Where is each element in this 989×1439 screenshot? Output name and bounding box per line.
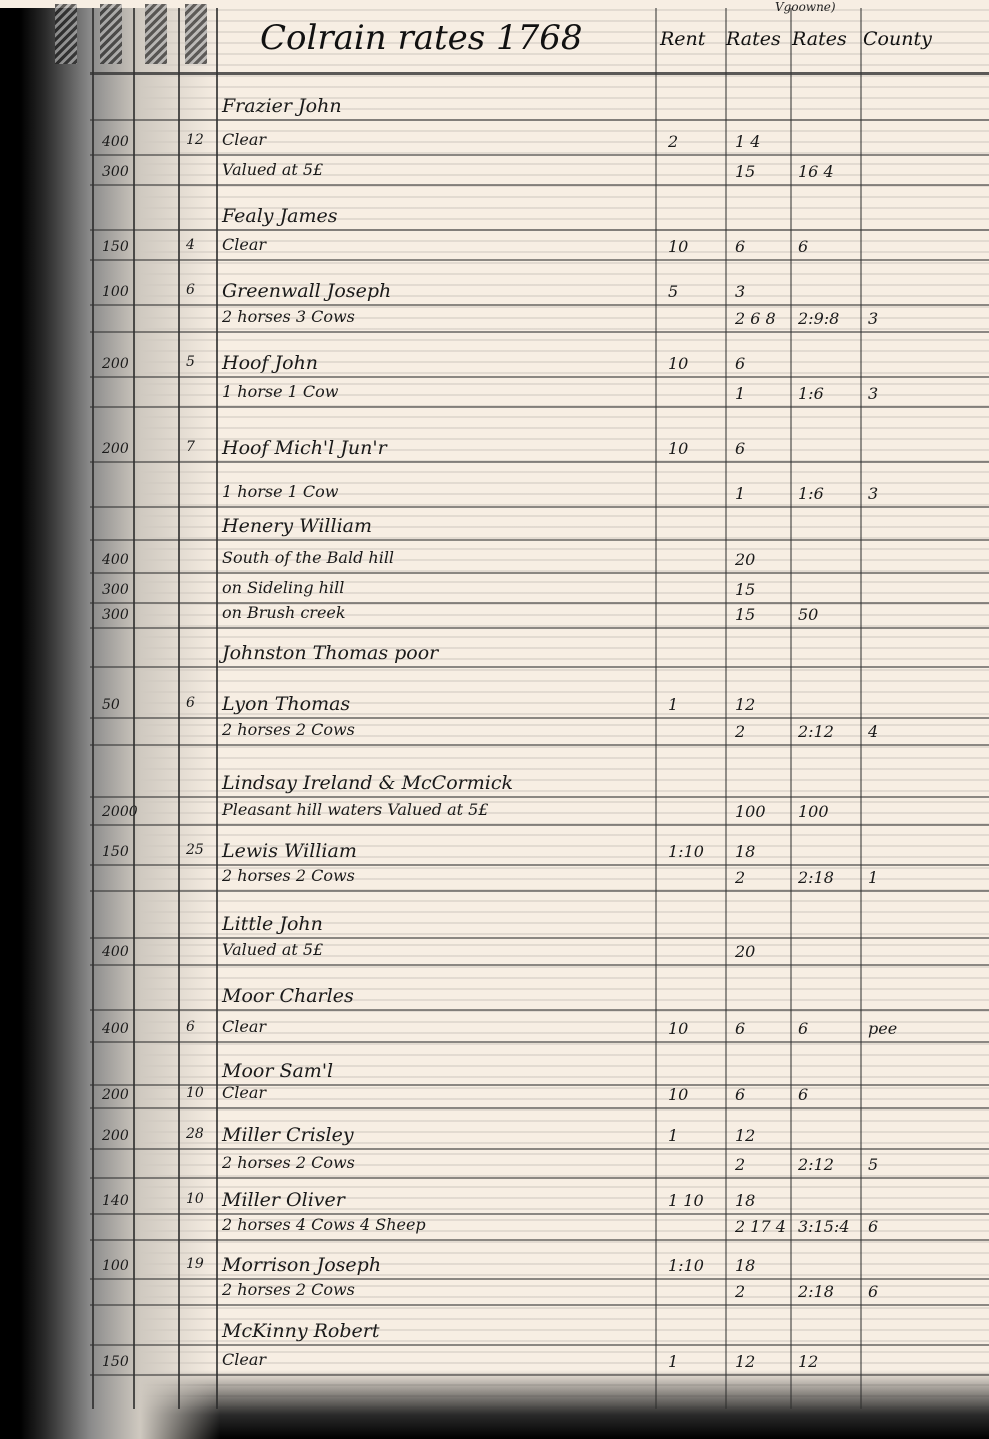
entry-number: 19 xyxy=(186,1256,204,1272)
county-value: 3 xyxy=(868,384,878,403)
row-rule xyxy=(90,937,989,939)
row-rule xyxy=(90,1148,989,1150)
rates-value: 1 xyxy=(735,384,745,403)
header-rates-2: Rates xyxy=(792,28,847,50)
county-value: 3 xyxy=(868,484,878,503)
entry-number: 10 xyxy=(186,1191,204,1207)
rates-value: 20 xyxy=(735,550,755,569)
row-rule xyxy=(90,824,989,826)
column-rule xyxy=(133,8,135,1409)
property-description: 1 horse 1 Cow xyxy=(222,482,338,501)
rates2-value: 100 xyxy=(798,802,829,821)
taxpayer-name: Greenwall Joseph xyxy=(222,280,391,302)
row-rule xyxy=(90,717,989,719)
row-rule xyxy=(90,506,989,508)
rent-value: 1 10 xyxy=(668,1191,704,1210)
page-title: Colrain rates 1768 xyxy=(260,18,583,58)
acres-value: 100 xyxy=(102,284,129,300)
acres-value: 300 xyxy=(102,582,129,598)
rates-value: 12 xyxy=(735,695,755,714)
entry-number: 7 xyxy=(186,439,195,455)
row-rule xyxy=(90,744,989,746)
rates-value: 15 xyxy=(735,162,755,181)
row-rule xyxy=(90,259,989,261)
row-rule xyxy=(90,461,989,463)
rotated-header-4 xyxy=(185,4,207,64)
row-rule xyxy=(90,627,989,629)
property-description: Clear xyxy=(222,235,266,254)
row-rule xyxy=(90,1041,989,1043)
rotated-header-2 xyxy=(100,4,122,64)
rates2-value: 1:6 xyxy=(798,484,824,503)
rent-value: 1 xyxy=(668,1352,678,1371)
rates-value: 3 xyxy=(735,282,745,301)
rates2-value: 50 xyxy=(798,605,818,624)
row-rule xyxy=(90,796,989,798)
entry-number: 6 xyxy=(186,695,195,711)
taxpayer-name: Hoof Mich'l Jun'r xyxy=(222,437,387,459)
header-rent: Rent xyxy=(660,28,705,50)
county-value: 5 xyxy=(868,1155,878,1174)
taxpayer-name: Morrison Joseph xyxy=(222,1254,381,1276)
rates2-value: 2:12 xyxy=(798,722,834,741)
property-description: 2 horses 2 Cows xyxy=(222,720,355,739)
row-rule xyxy=(90,964,989,966)
rates-value: 2 6 8 xyxy=(735,309,776,328)
taxpayer-name: Fealy James xyxy=(222,205,338,227)
column-rule xyxy=(655,8,657,1409)
property-description: Pleasant hill waters Valued at 5£ xyxy=(222,800,489,819)
row-rule xyxy=(90,229,989,231)
taxpayer-name: Moor Charles xyxy=(222,985,354,1007)
taxpayer-name: Moor Sam'l xyxy=(222,1060,333,1082)
property-description: Clear xyxy=(222,1350,266,1369)
property-description: 2 horses 2 Cows xyxy=(222,866,355,885)
rates-value: 15 xyxy=(735,580,755,599)
rates-value: 6 xyxy=(735,439,745,458)
rotated-header-3 xyxy=(145,4,167,64)
entry-number: 6 xyxy=(186,1019,195,1035)
acres-value: 300 xyxy=(102,164,129,180)
rates-value: 100 xyxy=(735,802,766,821)
entry-number: 25 xyxy=(186,842,204,858)
rates-value: 1 4 xyxy=(735,132,760,151)
taxpayer-name: Lyon Thomas xyxy=(222,693,350,715)
column-rule xyxy=(790,8,792,1409)
taxpayer-name: Frazier John xyxy=(222,95,342,117)
rates-value: 18 xyxy=(735,1256,755,1275)
rent-value: 10 xyxy=(668,354,688,373)
taxpayer-name: Henery William xyxy=(222,515,372,537)
acres-value: 200 xyxy=(102,1128,129,1144)
rates-value: 12 xyxy=(735,1126,755,1145)
rates-value: 6 xyxy=(735,237,745,256)
property-description: 2 horses 2 Cows xyxy=(222,1280,355,1299)
rent-value: 10 xyxy=(668,237,688,256)
row-rule xyxy=(90,406,989,408)
rent-value: 10 xyxy=(668,1019,688,1038)
property-description: Clear xyxy=(222,130,266,149)
acres-value: 140 xyxy=(102,1193,129,1209)
rent-value: 5 xyxy=(668,282,678,301)
row-rule xyxy=(90,890,989,892)
property-description: 2 horses 2 Cows xyxy=(222,1153,355,1172)
header-rates: Rates xyxy=(726,28,781,50)
entry-number: 12 xyxy=(186,132,204,148)
acres-value: 200 xyxy=(102,441,129,457)
entry-number: 28 xyxy=(186,1126,204,1142)
rates-value: 1 xyxy=(735,484,745,503)
acres-value: 150 xyxy=(102,844,129,860)
rates2-value: 6 xyxy=(798,237,808,256)
entry-number: 10 xyxy=(186,1085,204,1101)
rates2-value: 2:9:8 xyxy=(798,309,839,328)
property-description: Clear xyxy=(222,1083,266,1102)
property-description: on Sideling hill xyxy=(222,578,344,597)
acres-value: 2000 xyxy=(102,804,138,820)
rates2-value: 16 4 xyxy=(798,162,834,181)
column-rule xyxy=(860,8,862,1409)
rent-value: 10 xyxy=(668,439,688,458)
taxpayer-name: McKinny Robert xyxy=(222,1320,379,1342)
property-description: Valued at 5£ xyxy=(222,940,323,959)
county-value: 4 xyxy=(868,722,878,741)
rates-value: 12 xyxy=(735,1352,755,1371)
row-rule xyxy=(90,1107,989,1109)
taxpayer-name: Lindsay Ireland & McCormick xyxy=(222,772,513,794)
taxpayer-name: Lewis William xyxy=(222,840,357,862)
acres-value: 400 xyxy=(102,1021,129,1037)
rates2-value: 2:18 xyxy=(798,868,834,887)
row-rule xyxy=(90,539,989,541)
rates-value: 2 xyxy=(735,868,745,887)
county-value: pee xyxy=(868,1019,897,1038)
acres-value: 50 xyxy=(102,697,120,713)
header-rule xyxy=(90,72,989,75)
rotated-header-1 xyxy=(55,4,77,64)
column-rule xyxy=(92,8,94,1409)
rates2-value: 6 xyxy=(798,1019,808,1038)
rates-value: 18 xyxy=(735,842,755,861)
row-rule xyxy=(90,666,989,668)
county-value: 3 xyxy=(868,309,878,328)
taxpayer-name: Miller Crisley xyxy=(222,1124,354,1146)
rent-value: 1 xyxy=(668,1126,678,1145)
property-description: South of the Bald hill xyxy=(222,548,394,567)
column-rule xyxy=(725,8,727,1409)
property-description: 2 horses 4 Cows 4 Sheep xyxy=(222,1215,426,1234)
ledger-page: Vgoowne) Colrain rates 1768 Rent Rates R… xyxy=(0,0,989,1439)
row-rule xyxy=(90,119,989,121)
rent-value: 2 xyxy=(668,132,678,151)
taxpayer-name: Miller Oliver xyxy=(222,1189,345,1211)
rates2-value: 2:18 xyxy=(798,1282,834,1301)
rates-value: 2 xyxy=(735,722,745,741)
rates2-value: 1:6 xyxy=(798,384,824,403)
row-rule xyxy=(90,1344,989,1346)
county-value: 6 xyxy=(868,1217,878,1236)
column-rule xyxy=(178,8,180,1409)
rates-value: 6 xyxy=(735,1085,745,1104)
acres-value: 150 xyxy=(102,1354,129,1370)
rent-value: 1 xyxy=(668,695,678,714)
rates2-value: 6 xyxy=(798,1085,808,1104)
rent-value: 1:10 xyxy=(668,1256,704,1275)
row-rule xyxy=(90,1177,989,1179)
entry-number: 6 xyxy=(186,282,195,298)
taxpayer-name: Johnston Thomas poor xyxy=(222,642,438,664)
top-annotation: Vgoowne) xyxy=(775,0,836,14)
rent-value: 1:10 xyxy=(668,842,704,861)
rates-value: 15 xyxy=(735,605,755,624)
row-rule xyxy=(90,154,989,156)
row-rule xyxy=(90,304,989,306)
row-rule xyxy=(90,572,989,574)
row-rule xyxy=(90,1009,989,1011)
acres-value: 400 xyxy=(102,944,129,960)
property-description: Clear xyxy=(222,1017,266,1036)
property-description: 1 horse 1 Cow xyxy=(222,382,338,401)
taxpayer-name: Little John xyxy=(222,913,323,935)
rent-value: 10 xyxy=(668,1085,688,1104)
rates-value: 6 xyxy=(735,1019,745,1038)
acres-value: 400 xyxy=(102,552,129,568)
row-rule xyxy=(90,1239,989,1241)
rates-value: 20 xyxy=(735,942,755,961)
acres-value: 150 xyxy=(102,239,129,255)
acres-value: 300 xyxy=(102,607,129,623)
row-rule xyxy=(90,376,989,378)
rates2-value: 2:12 xyxy=(798,1155,834,1174)
property-description: on Brush creek xyxy=(222,603,346,622)
rates2-value: 12 xyxy=(798,1352,818,1371)
acres-value: 100 xyxy=(102,1258,129,1274)
row-rule xyxy=(90,184,989,186)
rates-value: 18 xyxy=(735,1191,755,1210)
entry-number: 4 xyxy=(186,237,195,253)
row-rule xyxy=(90,1374,989,1376)
property-description: 2 horses 3 Cows xyxy=(222,307,355,326)
acres-value: 400 xyxy=(102,134,129,150)
entry-number: 5 xyxy=(186,354,195,370)
taxpayer-name: Hoof John xyxy=(222,352,318,374)
rates-value: 6 xyxy=(735,354,745,373)
rates2-value: 3:15:4 xyxy=(798,1217,850,1236)
rates-value: 2 17 4 xyxy=(735,1217,786,1236)
row-rule xyxy=(90,1304,989,1306)
property-description: Valued at 5£ xyxy=(222,160,323,179)
rates-value: 2 xyxy=(735,1155,745,1174)
acres-value: 200 xyxy=(102,356,129,372)
county-value: 6 xyxy=(868,1282,878,1301)
rates-value: 2 xyxy=(735,1282,745,1301)
acres-value: 200 xyxy=(102,1087,129,1103)
county-value: 1 xyxy=(868,868,878,887)
column-rule xyxy=(216,8,218,1409)
header-county: County xyxy=(863,28,932,50)
row-rule xyxy=(90,331,989,333)
